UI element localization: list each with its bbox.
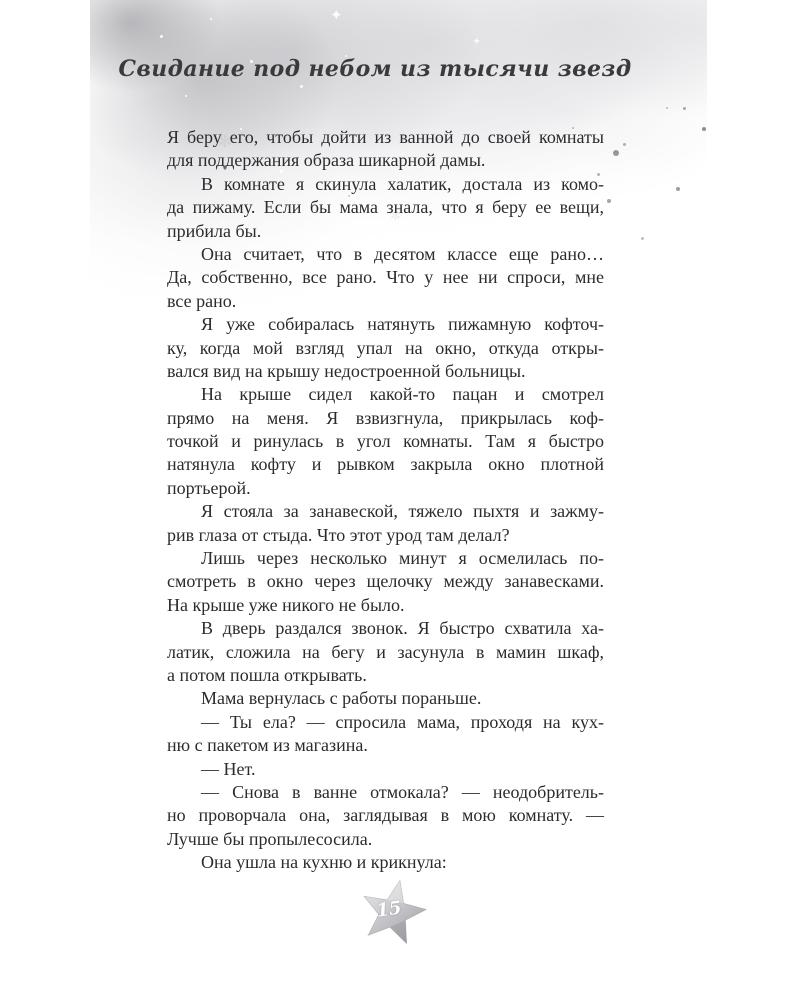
book-page-scan: ✦ ✦ ✻ ✻ Свидание под небом из тысячи зве… xyxy=(0,0,800,1000)
sparkle-icon: ✦ xyxy=(472,36,481,47)
paragraph: Она ушла на кухню и крикнула: xyxy=(167,851,604,874)
text-line: Я уже собиралась натянуть пижамную кофто… xyxy=(167,313,604,336)
text-line: — Снова в ванне отмокала? — неодобритель… xyxy=(167,781,604,804)
paragraph: Я стояла за занавеской, тяжело пыхтя и з… xyxy=(167,500,604,547)
ink-dot xyxy=(613,150,619,156)
text-line: натянула кофту и рывком закрыла окно пло… xyxy=(167,453,604,476)
text-line: точкой и ринулась в угол комнаты. Там я … xyxy=(167,430,604,453)
white-speckle xyxy=(210,18,212,20)
paragraph: — Снова в ванне отмокала? — неодобритель… xyxy=(167,781,604,851)
ink-dot xyxy=(607,199,611,203)
text-line: Я беру его, чтобы дойти из ванной до сво… xyxy=(167,126,604,149)
text-line: ню с пакетом из магазина. xyxy=(167,734,604,757)
text-line: Лишь через несколько минут я осмелилась … xyxy=(167,547,604,570)
ink-dot xyxy=(348,195,350,197)
text-line: На крыше уже никого не было. xyxy=(167,594,604,617)
ink-dot xyxy=(641,237,644,240)
text-line: Да, собственно, все рано. Что у нее ни с… xyxy=(167,266,604,289)
text-line: латик, сложила на бегу и засунула в мами… xyxy=(167,641,604,664)
text-line: В дверь раздался звонок. Я быстро схвати… xyxy=(167,617,604,640)
ink-dot xyxy=(676,187,680,191)
text-line: — Нет. xyxy=(167,758,604,781)
text-line: а потом пошла открывать. xyxy=(167,664,604,687)
text-line: смотреть в окно через щелочку между зана… xyxy=(167,570,604,593)
text-line: ку, когда мой взгляд упал на окно, откуд… xyxy=(167,337,604,360)
paragraph: В комнате я скинула халатик, достала из … xyxy=(167,173,604,243)
text-line: прибила бы. xyxy=(167,220,604,243)
text-line: Она считает, что в десятом классе еще ра… xyxy=(167,243,604,266)
text-line: вался вид на крышу недостроенной больниц… xyxy=(167,360,604,383)
text-line: рив глаза от стыда. Что этот урод там де… xyxy=(167,524,604,547)
text-line: Мама вернулась с работы пораньше. xyxy=(167,687,604,710)
white-speckle xyxy=(160,35,163,38)
ink-dot xyxy=(572,127,574,129)
chapter-title: Свидание под небом из тысячи звезд xyxy=(90,56,660,82)
page-background: ✦ ✦ ✻ ✻ Свидание под небом из тысячи зве… xyxy=(0,0,800,1000)
ink-dot xyxy=(597,173,600,176)
page-number-star: 15 xyxy=(354,874,432,952)
paragraph: — Ты ела? — спросила мама, проходя на ку… xyxy=(167,711,604,758)
text-line: портьерой. xyxy=(167,477,604,500)
text-line: Лучше бы пропылесосила. xyxy=(167,828,604,851)
text-line: но проворчала она, заглядывая в мою комн… xyxy=(167,804,604,827)
text-line: Я стояла за занавеской, тяжело пыхтя и з… xyxy=(167,500,604,523)
ink-dot xyxy=(666,107,668,109)
ink-dot xyxy=(368,328,370,330)
ink-dot xyxy=(683,107,686,110)
text-line: да пижаму. Если бы мама знала, что я бер… xyxy=(167,196,604,219)
sparkle-icon: ✦ xyxy=(330,8,343,23)
text-line: В комнате я скинула халатик, достала из … xyxy=(167,173,604,196)
body-text: Я беру его, чтобы дойти из ванной до сво… xyxy=(167,126,604,875)
text-line: прямо на меня. Я взвизгнула, прикрылась … xyxy=(167,407,604,430)
ink-dot xyxy=(623,143,626,146)
text-line: все рано. xyxy=(167,290,604,313)
ink-dot xyxy=(345,322,347,324)
text-line: На крыше сидел какой-то пацан и смотрел xyxy=(167,383,604,406)
text-line: Она ушла на кухню и крикнула: xyxy=(167,851,604,874)
paragraph: Лишь через несколько минут я осмелилась … xyxy=(167,547,604,617)
paragraph: Мама вернулась с работы пораньше. xyxy=(167,687,604,710)
paragraph: — Нет. xyxy=(167,758,604,781)
paragraph: Она считает, что в десятом классе еще ра… xyxy=(167,243,604,313)
ink-dot xyxy=(702,127,706,131)
white-speckle xyxy=(185,95,187,97)
paragraph: На крыше сидел какой-то пацан и смотрелп… xyxy=(167,383,604,500)
paragraph: Я уже собиралась натянуть пижамную кофто… xyxy=(167,313,604,383)
text-line: — Ты ела? — спросила мама, проходя на ку… xyxy=(167,711,604,734)
text-line: для поддержания образа шикарной дамы. xyxy=(167,149,604,172)
white-speckle xyxy=(300,85,303,88)
paragraph: В дверь раздался звонок. Я быстро схвати… xyxy=(167,617,604,687)
paragraph: Я беру его, чтобы дойти из ванной до сво… xyxy=(167,126,604,173)
